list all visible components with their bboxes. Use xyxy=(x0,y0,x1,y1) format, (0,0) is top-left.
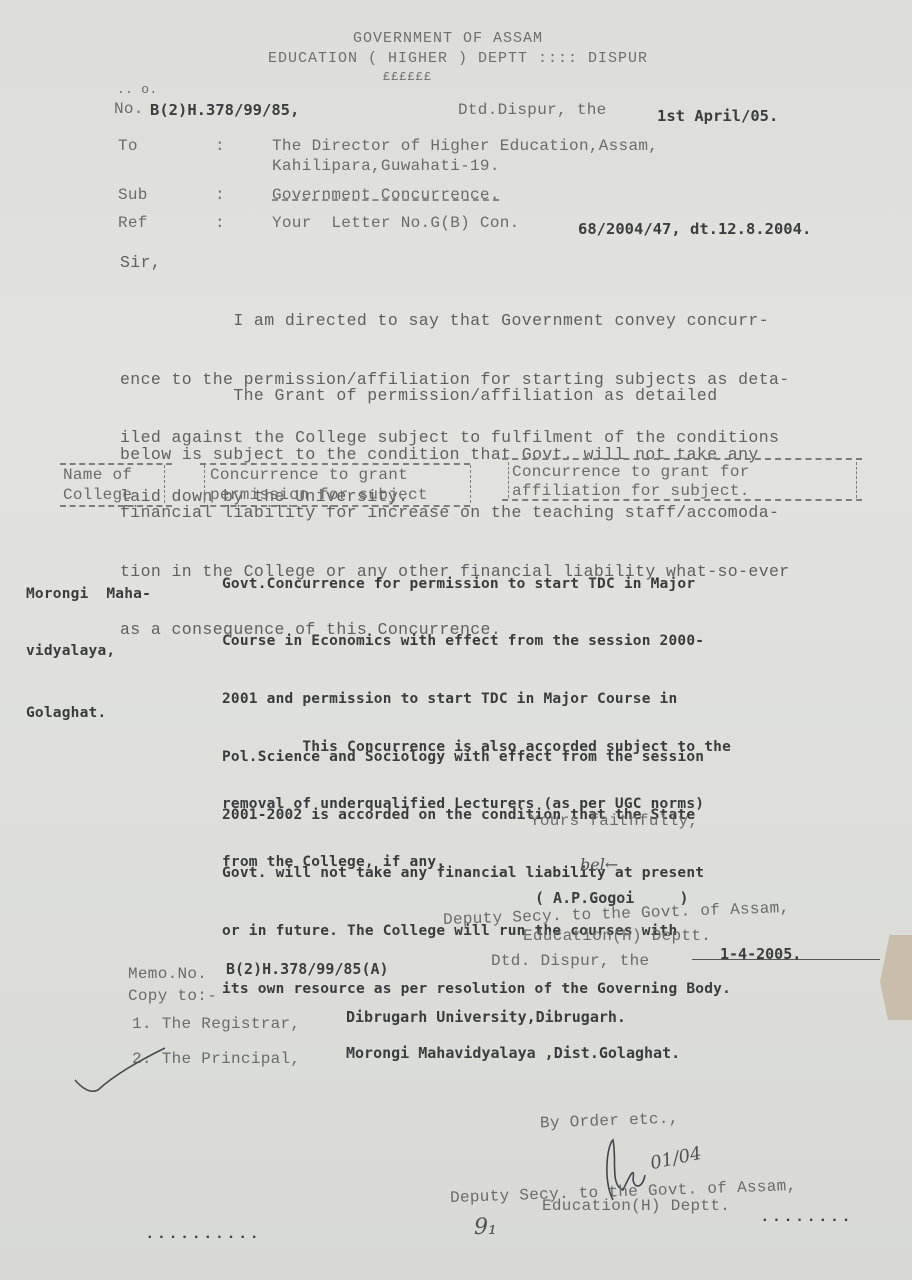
recipient-2-name: Morongi Mahavidyalaya ,Dist.Golaghat. xyxy=(346,1044,680,1062)
details-line: Govt.Concurrence for permission to start… xyxy=(222,575,731,594)
closing: Yours faithfully, xyxy=(530,812,698,830)
signatory-designation-2: Education(H) Deptt. xyxy=(523,927,711,945)
footer-designation-2: Education(H) Deptt. xyxy=(542,1197,730,1215)
table-rule xyxy=(200,463,470,465)
sub-label: Sub xyxy=(118,186,148,204)
letter-number-prefix: No. xyxy=(114,100,144,118)
to-label: To xyxy=(118,137,138,155)
handwritten-mark: 9₁ xyxy=(474,1215,497,1240)
details-line: Course in Economics with effect from the… xyxy=(222,632,731,651)
letter-number: B(2)H.378/99/85, xyxy=(150,101,299,119)
memo-number: B(2)H.378/99/85(A) xyxy=(226,960,389,978)
table-rule xyxy=(60,505,172,507)
memo-date: 1-4-2005. xyxy=(720,945,801,963)
table-header-college-2: College xyxy=(63,486,132,504)
details-extra-line: from the College, if any. xyxy=(222,853,731,872)
salutation: Sir, xyxy=(120,253,161,273)
ref-number: 68/2004/47, dt.12.8.2004. xyxy=(578,220,811,238)
copy-to-label: Copy to:- xyxy=(128,987,217,1005)
checkmark-icon xyxy=(70,1040,180,1100)
recipient-1-name: Dibrugarh University,Dibrugarh. xyxy=(346,1008,626,1026)
paragraph-2-line: The Grant of permission/affiliation as d… xyxy=(120,386,790,406)
table-rule xyxy=(60,463,172,465)
details-extra-line: This Concurrence is also accorded subjec… xyxy=(222,738,731,757)
memo-prefix: Memo.No. xyxy=(128,965,207,983)
details-line: its own resource as per resolution of th… xyxy=(222,980,731,999)
header-ornament: ££££££ xyxy=(383,70,432,84)
college-name-line: Morongi Maha- xyxy=(26,585,151,604)
letter-date-prefix: Dtd.Dispur, the xyxy=(458,101,607,119)
table-divider xyxy=(856,462,857,498)
table-row-details-extra: This Concurrence is also accorded subjec… xyxy=(222,699,731,911)
college-name-line: vidyalaya, xyxy=(26,642,151,661)
torn-page-corner xyxy=(880,935,912,1020)
table-header-affiliation-1: Concurrence to grant for xyxy=(512,463,750,481)
dots-left: .......... xyxy=(145,1225,261,1243)
to-line-2: Kahilipara,Guwahati-19. xyxy=(272,157,500,175)
table-rule xyxy=(200,505,470,507)
table-divider xyxy=(470,465,471,503)
ref-colon: : xyxy=(215,214,225,232)
table-header-permission-2: permission for subject xyxy=(210,486,428,504)
ref-prefix: Your Letter No.G(B) Con. xyxy=(272,214,520,232)
handwritten-signature: bel← xyxy=(580,855,618,874)
sub-colon: : xyxy=(215,186,225,204)
document-page: GOVERNMENT OF ASSAM EDUCATION ( HIGHER )… xyxy=(0,0,912,1280)
subject-text: Government Concurrence. xyxy=(272,186,500,204)
table-divider xyxy=(164,465,165,503)
table-header-affiliation-2: affiliation for subject. xyxy=(512,482,750,500)
table-divider xyxy=(204,465,205,503)
letter-date: 1st April/05. xyxy=(657,107,778,125)
to-line-1: The Director of Higher Education,Assam, xyxy=(272,137,658,155)
recipient-1-title: 1. The Registrar, xyxy=(132,1015,300,1033)
table-header-permission-1: Concurrence to grant xyxy=(210,466,408,484)
table-rule xyxy=(502,458,862,460)
college-name-line: Golaghat. xyxy=(26,704,151,723)
table-row-college: Morongi Maha- vidyalaya, Golaghat. xyxy=(26,546,151,762)
header-mark: .. o. xyxy=(117,82,158,97)
table-header-college-1: Name of xyxy=(63,466,132,484)
to-colon: : xyxy=(215,137,225,155)
paragraph-2-line: below is subject to the condition that G… xyxy=(120,445,790,465)
header-department: EDUCATION ( HIGHER ) DEPTT :::: DISPUR xyxy=(268,50,648,67)
dots-right: ........ xyxy=(760,1208,853,1226)
memo-date-underline xyxy=(692,959,880,960)
paragraph-1-line: I am directed to say that Government con… xyxy=(120,311,790,331)
memo-date-prefix: Dtd. Dispur, the xyxy=(491,952,649,970)
header-government: GOVERNMENT OF ASSAM xyxy=(353,30,543,47)
ref-label: Ref xyxy=(118,214,148,232)
table-divider xyxy=(508,462,509,498)
